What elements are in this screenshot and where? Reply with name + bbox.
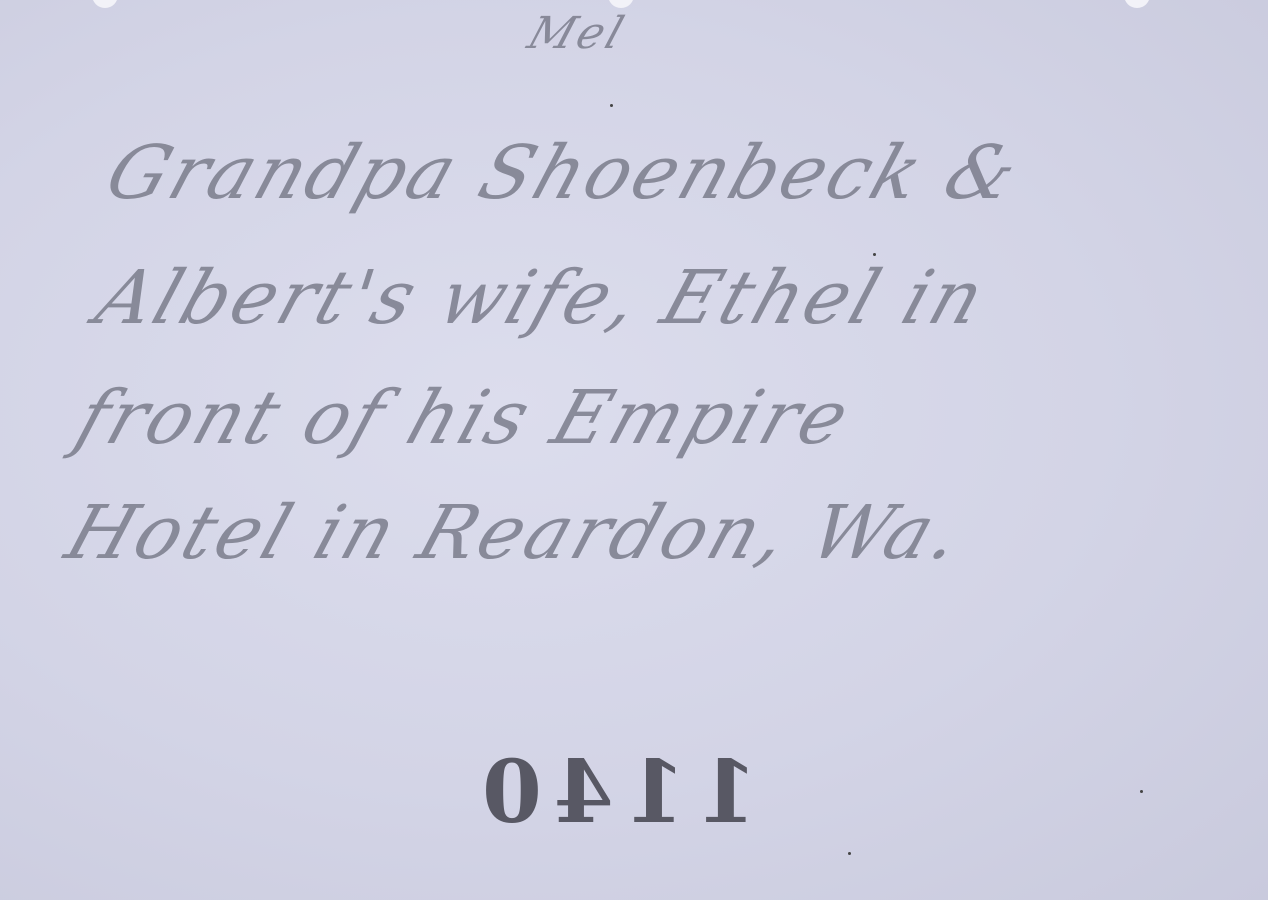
photo-back-paper: Mel Grandpa Shoenbeck & Albert's wife, E… bbox=[0, 0, 1268, 900]
stamped-number: 1140 bbox=[470, 742, 757, 843]
handwritten-line-1: Grandpa Shoenbeck & bbox=[96, 130, 1031, 216]
paper-speck bbox=[610, 104, 613, 107]
stamp-digits: 1140 bbox=[470, 742, 757, 843]
punch-hole bbox=[1124, 0, 1150, 8]
punch-hole bbox=[608, 0, 634, 8]
paper-speck bbox=[873, 253, 876, 256]
paper-speck bbox=[848, 852, 851, 855]
handwritten-line-3: front of his Empire bbox=[66, 375, 862, 461]
paper-speck bbox=[1140, 790, 1143, 793]
handwritten-line-2: Albert's wife, Ethel in bbox=[86, 255, 997, 341]
handwritten-line-4: Hotel in Reardon, Wa. bbox=[56, 490, 975, 576]
top-note: Mel bbox=[522, 8, 633, 59]
punch-hole bbox=[92, 0, 118, 8]
